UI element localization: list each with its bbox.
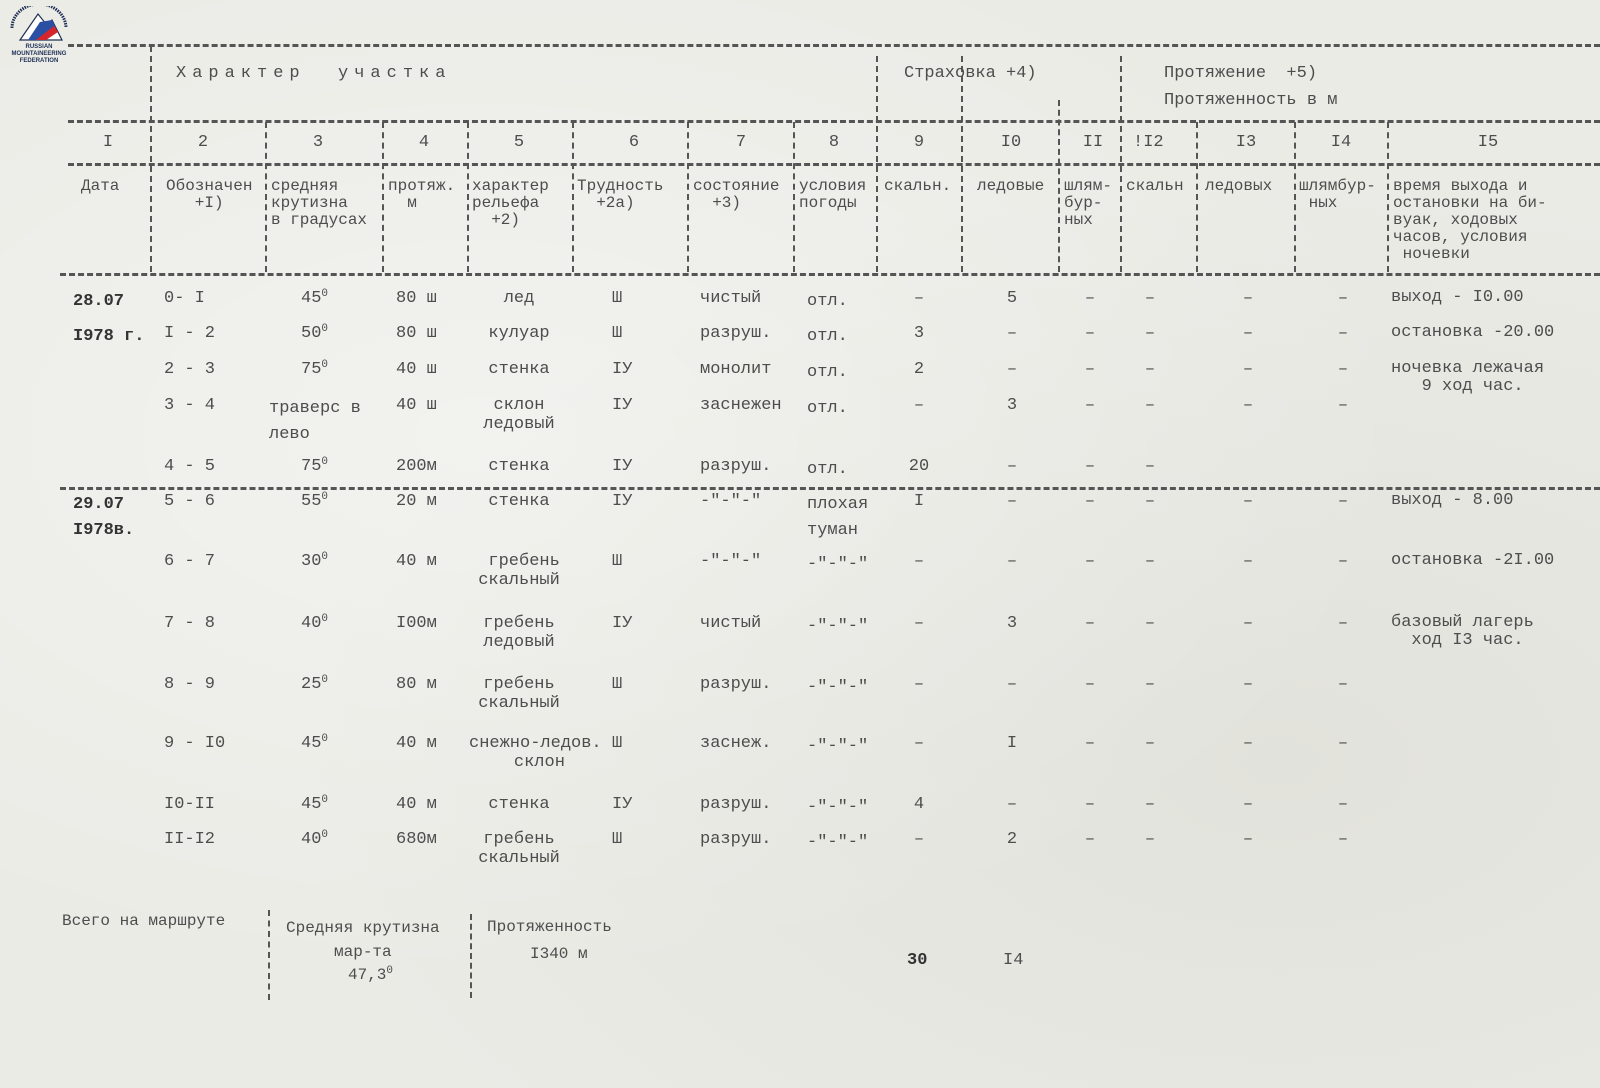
column-header: Обозначен +I)	[166, 178, 252, 212]
footer-total-ice: I4	[1003, 951, 1023, 970]
column-number: I0	[996, 133, 1026, 152]
logo-line1: RUSSIAN	[6, 44, 72, 50]
vrule	[382, 122, 384, 272]
cell-grade: Ш	[612, 734, 622, 753]
footer-avg-value: 47,30	[348, 966, 393, 985]
vrule	[1387, 122, 1389, 272]
group-length-heading: Протяжение +5)	[1164, 64, 1317, 83]
cell-seg: 9 - I0	[164, 734, 225, 753]
cell-len: 40 ш	[396, 396, 437, 415]
column-number: I3	[1231, 133, 1261, 152]
cell-state: заснеж.	[700, 734, 771, 753]
column-header: протяж. м	[388, 178, 455, 212]
column-number: 8	[819, 133, 849, 152]
cell-date: I978 г.	[73, 324, 144, 350]
column-number: 9	[904, 133, 934, 152]
cell-seg: 8 - 9	[164, 675, 215, 694]
cell-c12: –	[1135, 830, 1165, 849]
cell-angle: 250	[301, 675, 328, 694]
vrule	[470, 914, 472, 998]
cell-seg: 5 - 6	[164, 492, 215, 511]
vrule	[961, 56, 963, 272]
cell-seg: I - 2	[164, 324, 215, 343]
column-header: условия погоды	[799, 178, 866, 212]
cell-c14: –	[1328, 552, 1358, 571]
cell-weather: отл.	[807, 360, 848, 386]
cell-relief: склон ледовый	[469, 396, 569, 434]
vrule	[467, 122, 469, 272]
cell-relief: гребень скальный	[469, 830, 569, 868]
cell-seg: I0-II	[164, 795, 215, 814]
cell-seg: 3 - 4	[164, 396, 215, 415]
cell-grade: IУ	[612, 614, 632, 633]
column-header: скальн.	[884, 178, 951, 195]
cell-state: заснежен	[700, 396, 782, 415]
cell-len: I00м	[396, 614, 437, 633]
cell-ice: I	[992, 734, 1032, 753]
cell-len: 80 ш	[396, 324, 437, 343]
cell-grade: IУ	[612, 492, 632, 511]
cell-rock: –	[899, 734, 939, 753]
cell-len: 20 м	[396, 492, 437, 511]
cell-state: разруш.	[700, 457, 771, 476]
cell-c12: –	[1135, 675, 1165, 694]
cell-c14: –	[1328, 734, 1358, 753]
cell-relief: снежно-ледов. склон	[469, 734, 569, 772]
cell-relief: стенка	[469, 457, 569, 476]
cell-ice: –	[992, 492, 1032, 511]
cell-weather: -"-"-"	[807, 675, 868, 701]
cell-grade: Ш	[612, 289, 622, 308]
cell-seg: 2 - 3	[164, 360, 215, 379]
footer-total-label: Всего на маршруте	[62, 912, 225, 931]
footer-length-label: Протяженность	[487, 918, 612, 937]
cell-c13: –	[1233, 614, 1263, 633]
cell-c12: –	[1135, 289, 1165, 308]
cell-weather: -"-"-"	[807, 795, 868, 821]
cell-state: чистый	[700, 614, 761, 633]
cell-c12: –	[1135, 614, 1165, 633]
column-number: 5	[504, 133, 534, 152]
cell-grade: IУ	[612, 360, 632, 379]
cell-c13: –	[1233, 734, 1263, 753]
cell-angle: 750	[301, 457, 328, 476]
cell-len: 40 ш	[396, 360, 437, 379]
logo-line3: FEDERATION	[6, 58, 72, 64]
cell-c12: –	[1135, 457, 1165, 476]
vrule	[876, 56, 878, 272]
cell-notes: базовый лагерь ход I3 час.	[1391, 614, 1534, 650]
cell-ice: –	[992, 675, 1032, 694]
cell-angle: 450	[301, 795, 328, 814]
cell-angle: 450	[301, 289, 328, 308]
cell-len: 40 м	[396, 552, 437, 571]
cell-rock: –	[899, 830, 939, 849]
rule-colnums	[68, 163, 1600, 166]
cell-rock: 3	[899, 324, 939, 343]
cell-seg: 4 - 5	[164, 457, 215, 476]
cell-relief: стенка	[469, 795, 569, 814]
cell-seg: II-I2	[164, 830, 215, 849]
cell-seg: 6 - 7	[164, 552, 215, 571]
vrule	[1120, 56, 1122, 272]
cell-ice: –	[992, 324, 1032, 343]
column-header: характер рельефа +2)	[472, 178, 549, 229]
cell-angle: 750	[301, 360, 328, 379]
column-header: Трудность +2а)	[577, 178, 663, 212]
footer-length-value: I340 м	[530, 945, 588, 964]
cell-bolt: –	[1075, 734, 1105, 753]
cell-relief: кулуар	[469, 324, 569, 343]
cell-bolt: –	[1075, 289, 1105, 308]
cell-bolt: –	[1075, 324, 1105, 343]
cell-c14: –	[1328, 360, 1358, 379]
cell-weather: отл.	[807, 396, 848, 422]
cell-len: 40 м	[396, 734, 437, 753]
cell-bolt: –	[1075, 795, 1105, 814]
cell-weather: отл.	[807, 289, 848, 315]
cell-state: чистый	[700, 289, 761, 308]
cell-state: -"-"-"	[700, 492, 761, 511]
cell-bolt: –	[1075, 614, 1105, 633]
vrule	[1058, 100, 1060, 272]
cell-seg: 7 - 8	[164, 614, 215, 633]
group-character-heading: Характер участка	[176, 64, 451, 83]
cell-bolt: –	[1075, 675, 1105, 694]
cell-weather: -"-"-"	[807, 552, 868, 578]
group-length-subheading: Протяженность в м	[1164, 91, 1337, 110]
vrule	[687, 122, 689, 272]
cell-ice: –	[992, 552, 1032, 571]
cell-rock: –	[899, 614, 939, 633]
avg-steepness-value: 47,3	[348, 966, 386, 984]
cell-state: монолит	[700, 360, 771, 379]
cell-c14: –	[1328, 492, 1358, 511]
cell-len: 80 ш	[396, 289, 437, 308]
cell-weather: отл.	[807, 324, 848, 350]
cell-relief: гребень скальный	[469, 675, 569, 713]
cell-len: 200м	[396, 457, 437, 476]
cell-notes: остановка -20.00	[1391, 324, 1554, 342]
cell-ice: 3	[992, 614, 1032, 633]
cell-c13: –	[1233, 324, 1263, 343]
cell-len: 80 м	[396, 675, 437, 694]
vrule	[150, 46, 152, 272]
column-number: I4	[1326, 133, 1356, 152]
cell-ice: 2	[992, 830, 1032, 849]
cell-c13: –	[1233, 360, 1263, 379]
cell-rock: 2	[899, 360, 939, 379]
mountain-logo-icon	[6, 6, 72, 46]
cell-notes: ночевка лежачая 9 ход час.	[1391, 360, 1544, 396]
cell-c13: –	[1233, 675, 1263, 694]
cell-c12: –	[1135, 360, 1165, 379]
cell-ice: 3	[992, 396, 1032, 415]
cell-grade: IУ	[612, 795, 632, 814]
cell-c12: –	[1135, 552, 1165, 571]
cell-weather: -"-"-"	[807, 830, 868, 856]
cell-c14: –	[1328, 396, 1358, 415]
cell-c13: –	[1233, 795, 1263, 814]
cell-state: разруш.	[700, 830, 771, 849]
cell-c13: –	[1233, 830, 1263, 849]
cell-angle: траверс в лево	[269, 396, 361, 448]
rule-day-separator	[60, 487, 1600, 490]
rule-header-bottom	[60, 273, 1600, 276]
footer-avg-label: Средняя крутизна мар-та	[286, 916, 440, 964]
cell-ice: 5	[992, 289, 1032, 308]
cell-angle: 500	[301, 324, 328, 343]
column-header: шлямбур- ных	[1299, 178, 1376, 212]
cell-c12: –	[1135, 324, 1165, 343]
cell-notes: выход - 8.00	[1391, 492, 1513, 510]
cell-rock: –	[899, 396, 939, 415]
rule-group	[68, 120, 1600, 123]
column-header: средняя крутизна в градусах	[271, 178, 367, 229]
cell-relief: стенка	[469, 360, 569, 379]
vrule	[572, 122, 574, 272]
cell-c14: –	[1328, 289, 1358, 308]
cell-c13: –	[1233, 552, 1263, 571]
cell-rock: –	[899, 552, 939, 571]
cell-grade: IУ	[612, 457, 632, 476]
cell-grade: Ш	[612, 552, 622, 571]
cell-c12: –	[1135, 492, 1165, 511]
cell-c14: –	[1328, 324, 1358, 343]
cell-grade: IУ	[612, 396, 632, 415]
cell-state: разруш.	[700, 324, 771, 343]
cell-state: разруш.	[700, 795, 771, 814]
footer-total-rock: 30	[907, 951, 927, 970]
column-number: !I2	[1133, 133, 1163, 152]
cell-c13: –	[1233, 492, 1263, 511]
cell-angle: 400	[301, 614, 328, 633]
cell-state: разруш.	[700, 675, 771, 694]
cell-seg: 0- I	[164, 289, 205, 308]
cell-date: 28.07	[73, 289, 124, 315]
cell-relief: стенка	[469, 492, 569, 511]
cell-date: 29.07 I978в.	[73, 492, 134, 544]
cell-len: 680м	[396, 830, 437, 849]
cell-c14: –	[1328, 614, 1358, 633]
column-number: II	[1078, 133, 1108, 152]
cell-bolt: –	[1075, 552, 1105, 571]
column-header: время выхода и остановки на би- вуак, хо…	[1393, 178, 1547, 263]
vrule	[1196, 122, 1198, 272]
vrule	[268, 910, 270, 1000]
column-number: I	[93, 133, 123, 152]
cell-angle: 450	[301, 734, 328, 753]
cell-notes: остановка -2I.00	[1391, 552, 1554, 570]
cell-c13: –	[1233, 396, 1263, 415]
cell-state: -"-"-"	[700, 552, 761, 571]
cell-bolt: –	[1075, 830, 1105, 849]
cell-angle: 300	[301, 552, 328, 571]
cell-weather: -"-"-"	[807, 734, 868, 760]
cell-weather: плохая туман	[807, 492, 868, 544]
column-header: состояние +3)	[693, 178, 779, 212]
cell-bolt: –	[1075, 396, 1105, 415]
cell-angle: 400	[301, 830, 328, 849]
cell-c13: –	[1233, 289, 1263, 308]
rule-top	[68, 44, 1600, 47]
cell-grade: Ш	[612, 830, 622, 849]
column-number: 4	[409, 133, 439, 152]
cell-c12: –	[1135, 734, 1165, 753]
cell-notes: выход - I0.00	[1391, 289, 1524, 307]
cell-grade: Ш	[612, 675, 622, 694]
column-number: 7	[726, 133, 756, 152]
cell-bolt: –	[1075, 457, 1105, 476]
vrule	[793, 122, 795, 272]
cell-c14: –	[1328, 675, 1358, 694]
cell-bolt: –	[1075, 360, 1105, 379]
cell-weather: отл.	[807, 457, 848, 483]
vrule	[265, 122, 267, 272]
cell-relief: гребень ледовый	[469, 614, 569, 652]
column-number: 6	[619, 133, 649, 152]
cell-ice: –	[992, 360, 1032, 379]
logo-line2: MOUNTAINEERING	[6, 51, 72, 57]
column-header: шлям- бур- ных	[1064, 178, 1112, 229]
column-number: 3	[303, 133, 333, 152]
federation-logo: RUSSIAN MOUNTAINEERING FEDERATION	[6, 6, 72, 64]
column-header: ледовые	[977, 178, 1044, 195]
column-header: скальн	[1126, 178, 1184, 195]
vrule	[1294, 122, 1296, 272]
column-header: Дата	[81, 178, 119, 195]
cell-c12: –	[1135, 795, 1165, 814]
cell-grade: Ш	[612, 324, 622, 343]
cell-c14: –	[1328, 795, 1358, 814]
cell-ice: –	[992, 457, 1032, 476]
cell-angle: 550	[301, 492, 328, 511]
cell-rock: 4	[899, 795, 939, 814]
cell-rock: I	[899, 492, 939, 511]
group-belay-heading: Страховка +4)	[904, 64, 1037, 83]
cell-relief: гребень скальный	[469, 552, 569, 590]
cell-rock: 20	[899, 457, 939, 476]
column-number: 2	[188, 133, 218, 152]
cell-rock: –	[899, 289, 939, 308]
column-number: I5	[1473, 133, 1503, 152]
cell-c12: –	[1135, 396, 1165, 415]
cell-c14: –	[1328, 830, 1358, 849]
cell-weather: -"-"-"	[807, 614, 868, 640]
cell-rock: –	[899, 675, 939, 694]
column-header: ледовых	[1205, 178, 1272, 195]
cell-ice: –	[992, 795, 1032, 814]
cell-bolt: –	[1075, 492, 1105, 511]
cell-len: 40 м	[396, 795, 437, 814]
cell-relief: лед	[469, 289, 569, 308]
